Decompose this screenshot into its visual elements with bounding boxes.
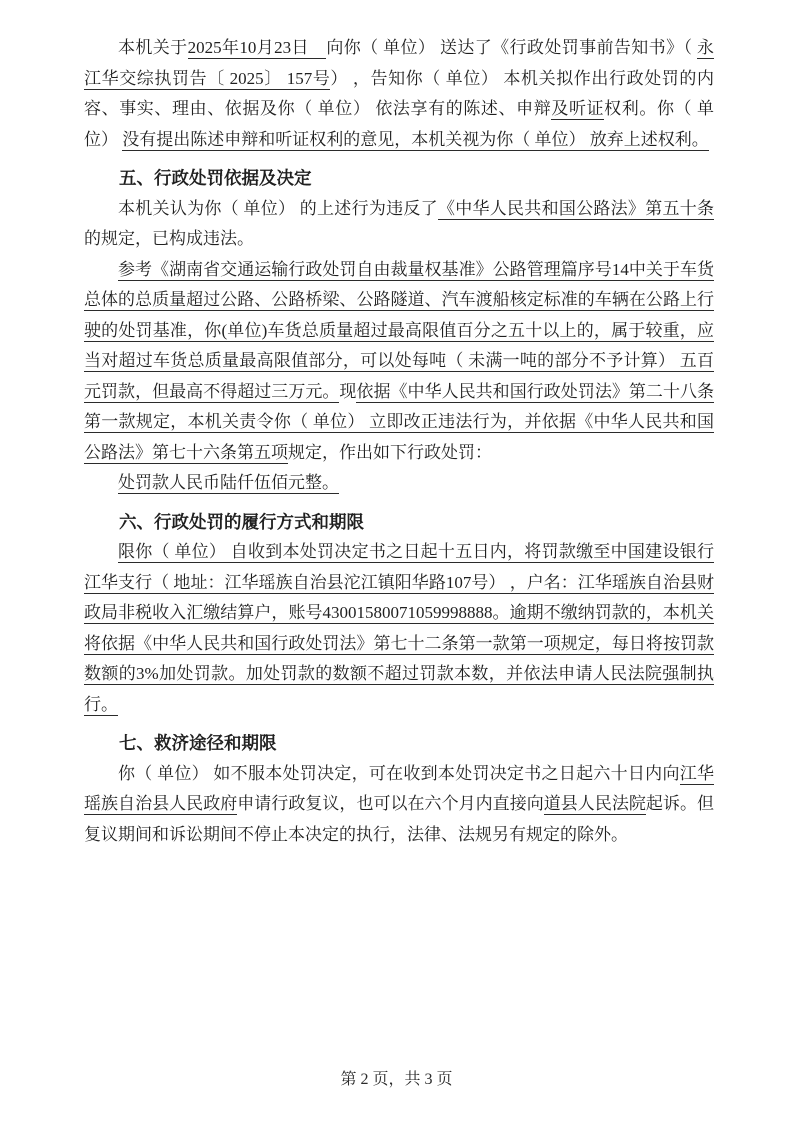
filled-blank-text: 及听证 (551, 99, 604, 120)
static-text: 申请行政复议，也可以在六个月内直接向 (237, 794, 544, 813)
filled-blank-text: 《中华人民共和国公路法》第五十条 (438, 199, 714, 220)
static-text: 的规定，已构成违法。 (84, 229, 254, 248)
paragraph: 你（ 单位） 如不服本处罚决定，可在收到本处罚决定书之日起六十日内向江华瑶族自治… (84, 759, 714, 851)
section-heading: 六、行政处罚的履行方式和期限 (84, 507, 714, 538)
filled-blank-text: 道县人民法院 (544, 794, 646, 815)
filled-blank-text: 没有提出陈述申辩和听证权利的意见，本机关视为你（ 单位） 放弃上述权利。 (122, 130, 709, 151)
static-text: 五、行政处罚依据及决定 (119, 168, 312, 188)
paragraph: 限你（ 单位） 自收到本处罚决定书之日起十五日内，将罚款缴至中国建设银行江华支行… (84, 537, 714, 720)
static-text: 本机关认为你（ 单位） 的上述行为违反了 (118, 199, 438, 218)
filled-blank-text: 2025年10月23日 (188, 38, 327, 59)
document-page: 本机关于2025年10月23日 向你（ 单位） 送达了《行政处罚事前告知书》（ … (0, 0, 793, 1122)
static-text: 规定，作出如下行政处罚： (288, 443, 492, 462)
static-text: 七、救济途径和期限 (119, 733, 277, 753)
filled-blank-text: 处罚款人民币陆仟伍佰元整。 (118, 473, 339, 494)
filled-blank-text: 限你（ 单位） 自收到本处罚决定书之日起十五日内，将罚款缴至中国建设银行江华支行… (84, 542, 714, 716)
section-heading: 七、救济途径和期限 (84, 728, 714, 759)
paragraph: 参考《湖南省交通运输行政处罚自由裁量权基准》公路管理篇序号14中关于车货总体的总… (84, 255, 714, 469)
paragraph: 处罚款人民币陆仟伍佰元整。 (84, 468, 714, 499)
document-content: 本机关于2025年10月23日 向你（ 单位） 送达了《行政处罚事前告知书》（ … (84, 33, 714, 850)
static-text: 本机关于 (118, 38, 188, 57)
paragraph: 本机关于2025年10月23日 向你（ 单位） 送达了《行政处罚事前告知书》（ … (84, 33, 714, 155)
static-text: 现 (339, 382, 356, 401)
static-text: 向你（ 单位） 送达了《行政处罚事前告知书》（ (326, 38, 697, 57)
static-text: 你（ 单位） 如不服本处罚决定，可在收到本处罚决定书之日起六十日内向 (118, 764, 680, 783)
paragraph: 本机关认为你（ 单位） 的上述行为违反了《中华人民共和国公路法》第五十条的规定，… (84, 194, 714, 255)
page-number: 第 2 页，共 3 页 (0, 1066, 793, 1089)
section-heading: 五、行政处罚依据及决定 (84, 163, 714, 194)
static-text: 六、行政处罚的履行方式和期限 (119, 512, 364, 532)
